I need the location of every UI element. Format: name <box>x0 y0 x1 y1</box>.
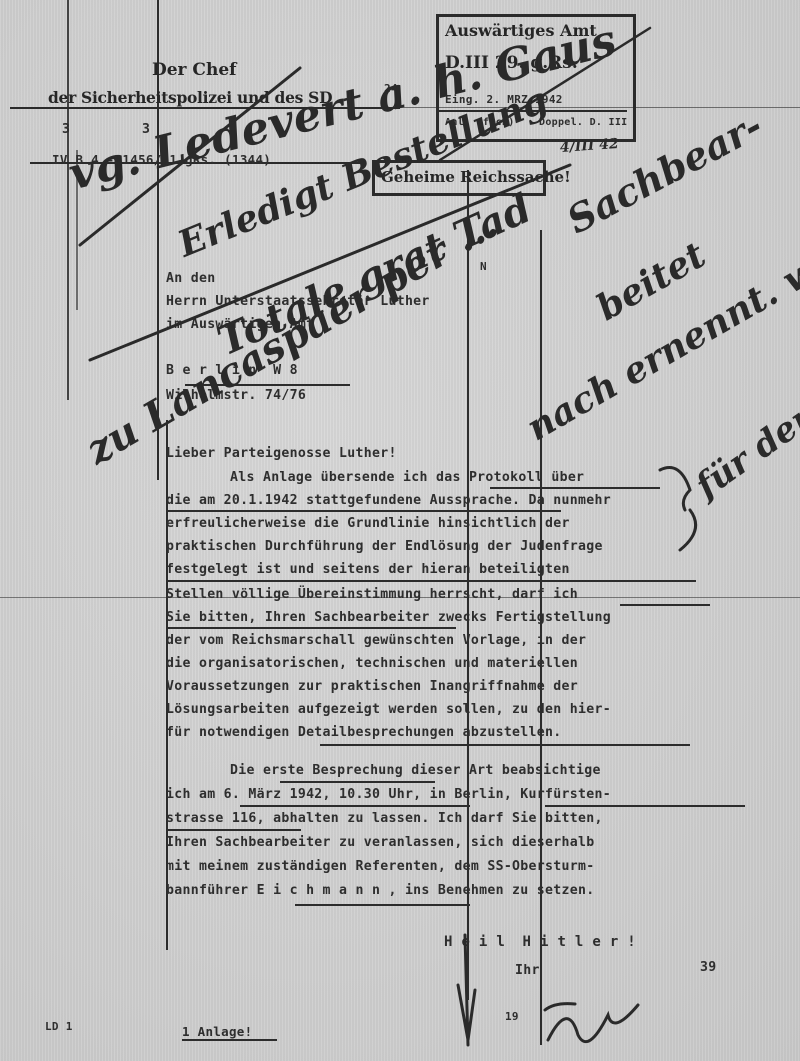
downward-arrow-stroke <box>458 935 475 1045</box>
strike-stamp-stroke <box>440 28 650 160</box>
pen-strokes <box>0 0 800 1061</box>
margin-bracket-stroke <box>660 468 696 551</box>
strike-long-stroke <box>90 165 570 360</box>
signature-stroke <box>545 1004 638 1042</box>
strike-letterhead-stroke <box>80 68 300 245</box>
